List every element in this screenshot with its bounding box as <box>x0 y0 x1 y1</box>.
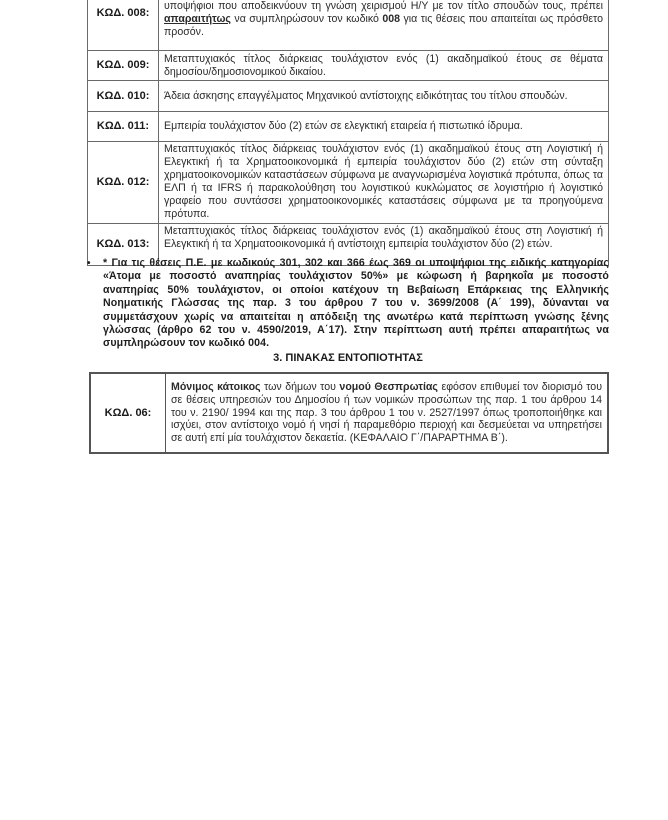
table-row: ΚΩΔ. 009: Μεταπτυχιακός τίτλος διάρκειας… <box>88 51 609 81</box>
table-row: ΚΩΔ. 008: υποψήφιοι που αποδεικνύουν τη … <box>88 0 609 51</box>
description-cell: Μόνιμος κάτοικος των δήμων του νομού Θεσ… <box>166 373 609 453</box>
code-cell: ΚΩΔ. 011: <box>88 112 159 142</box>
description-text: να συμπληρώσουν τον κωδικό <box>231 13 382 25</box>
qualifications-table: ΚΩΔ. 008: υποψήφιοι που αποδεικνύουν τη … <box>87 0 609 266</box>
code-reference: 008 <box>382 13 400 25</box>
document-page: ΚΩΔ. 008: υποψήφιοι που αποδεικνύουν τη … <box>0 0 668 820</box>
description-text: υποψήφιοι που αποδεικνύουν τη γνώση χειρ… <box>164 0 603 12</box>
description-cell: Εμπειρία τουλάχιστον δύο (2) ετών σε ελε… <box>159 112 609 142</box>
code-cell: ΚΩΔ. 008: <box>88 0 159 51</box>
footnote-bullet-item: • * Για τις θέσεις Π.Ε. με κωδικούς 301,… <box>87 257 609 351</box>
code-cell: ΚΩΔ. 06: <box>90 373 166 453</box>
code-cell: ΚΩΔ. 009: <box>88 51 159 81</box>
footnote-text: * Για τις θέσεις Π.Ε. με κωδικούς 301, 3… <box>103 257 609 351</box>
description-cell: Μεταπτυχιακός τίτλος διάρκειας τουλάχιστ… <box>159 142 609 224</box>
locality-table: ΚΩΔ. 06: Μόνιμος κάτοικος των δήμων του … <box>89 372 609 454</box>
description-cell: Μεταπτυχιακός τίτλος διάρκειας τουλάχιστ… <box>159 51 609 81</box>
table-row: ΚΩΔ. 010: Άδεια άσκησης επαγγέλματος Μηχ… <box>88 81 609 112</box>
emphasis-text: Μόνιμος κάτοικος <box>171 381 261 393</box>
code-cell: ΚΩΔ. 010: <box>88 81 159 112</box>
table-row: ΚΩΔ. 012: Μεταπτυχιακός τίτλος διάρκειας… <box>88 142 609 224</box>
emphasis-text: απαραιτήτως <box>164 13 231 25</box>
description-cell: Άδεια άσκησης επαγγέλματος Μηχανικού αντ… <box>159 81 609 112</box>
section-heading: 3. ΠΙΝΑΚΑΣ ΕΝΤΟΠΙΟΤΗΤΑΣ <box>87 352 609 364</box>
description-cell: υποψήφιοι που αποδεικνύουν τη γνώση χειρ… <box>159 0 609 51</box>
code-cell: ΚΩΔ. 012: <box>88 142 159 224</box>
emphasis-text: νομού Θεσπρωτίας <box>339 381 438 393</box>
bullet-icon: • <box>87 257 103 270</box>
table-row: ΚΩΔ. 06: Μόνιμος κάτοικος των δήμων του … <box>90 373 608 453</box>
description-text: των δήμων του <box>261 381 340 393</box>
table-row: ΚΩΔ. 011: Εμπειρία τουλάχιστον δύο (2) ε… <box>88 112 609 142</box>
